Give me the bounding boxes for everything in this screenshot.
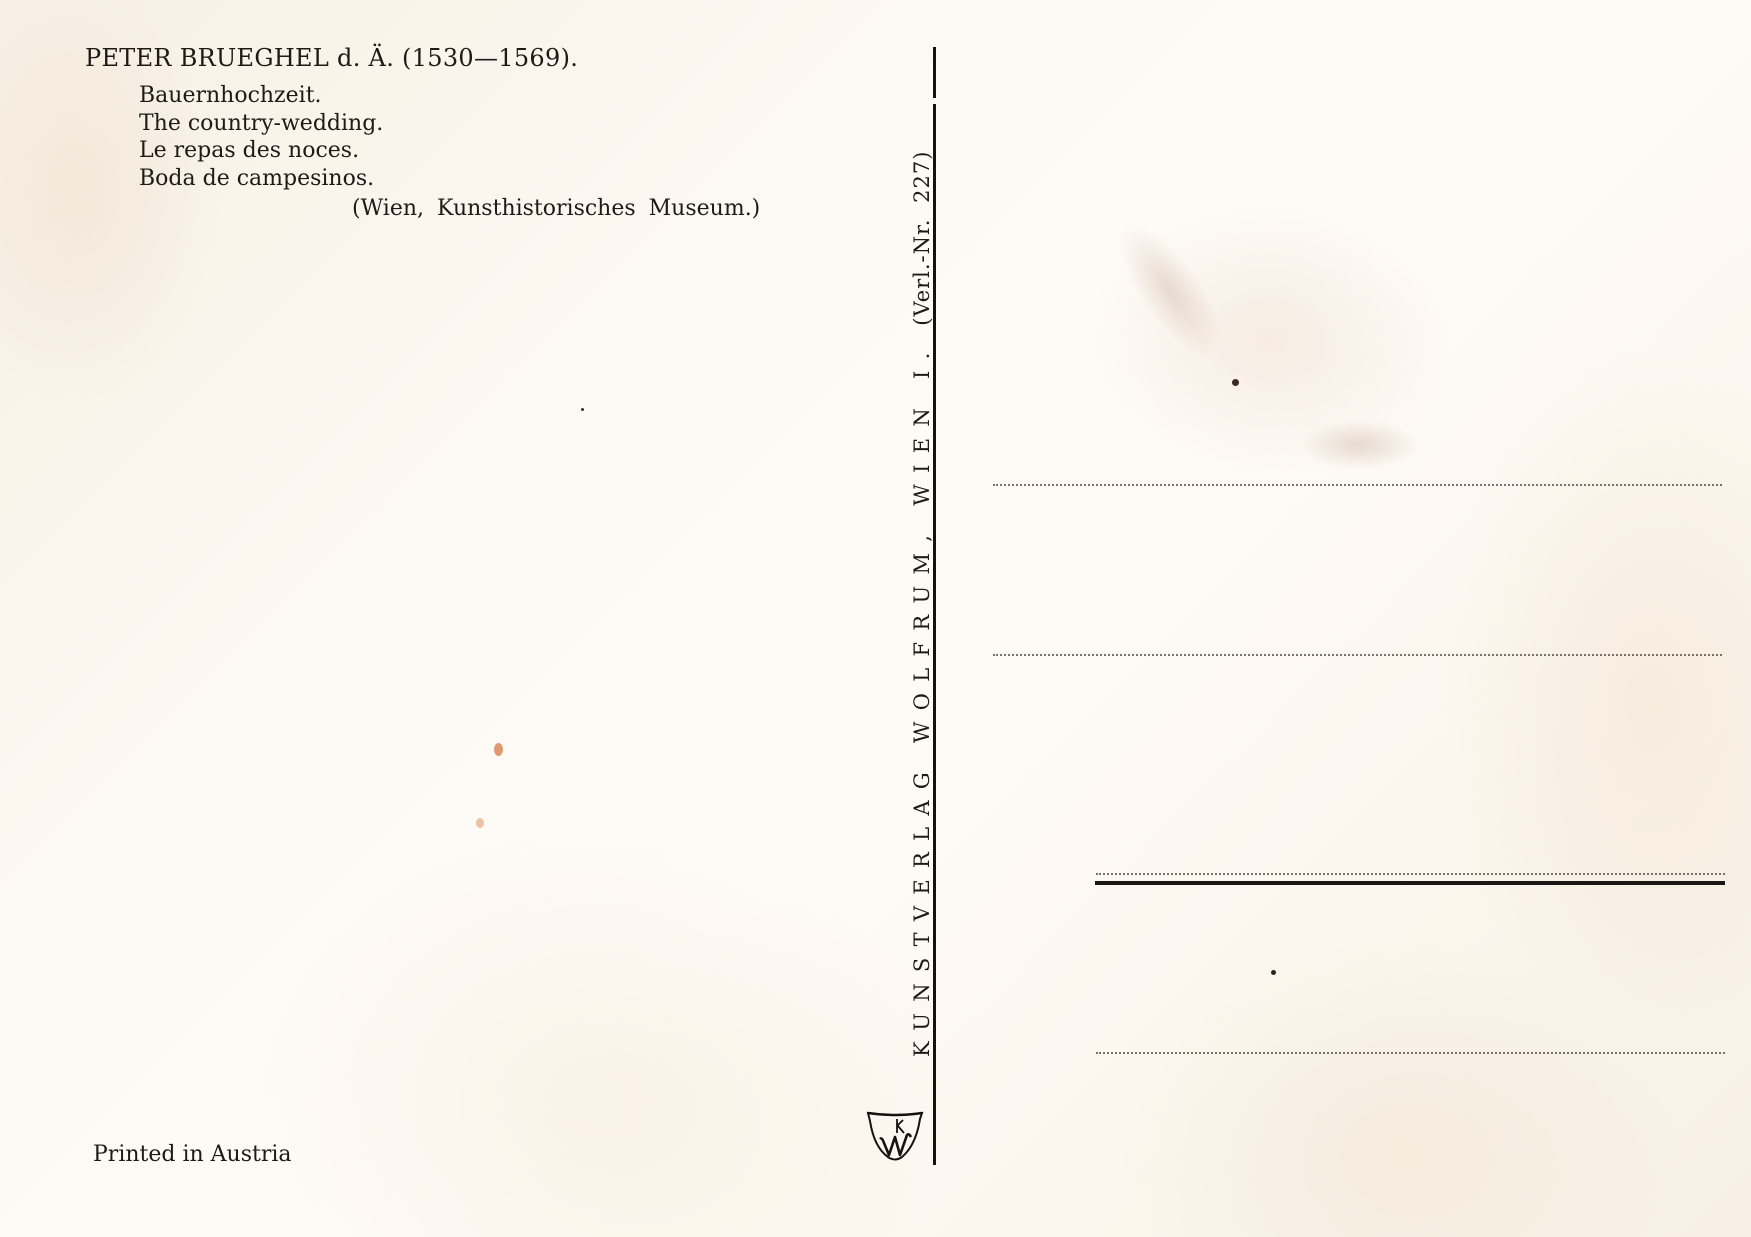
publisher-imprint: KUNSTVERLAG WOLFRUM, WIEN I. (Verl.-Nr. …: [912, 151, 933, 1057]
stain-dot: [1271, 970, 1276, 975]
stain-mark: [1100, 207, 1241, 372]
painting-title-english: The country-wedding.: [139, 110, 383, 138]
kw-shield-logo-icon: [864, 1107, 926, 1163]
stain-mark: [476, 818, 484, 828]
publisher-number: (Verl.-Nr. 227): [910, 151, 934, 342]
stain-mark: [1300, 420, 1420, 470]
publisher-name: KUNSTVERLAG WOLFRUM, WIEN I.: [910, 341, 934, 1057]
address-line-1[interactable]: [993, 484, 1722, 486]
address-line-2[interactable]: [993, 654, 1722, 656]
stain-dot: [581, 408, 584, 411]
center-divider-top: [933, 47, 936, 98]
painting-title-german: Bauernhochzeit.: [139, 82, 383, 110]
artist-title: PETER BRUEGHEL d. Ä. (1530—1569).: [85, 44, 578, 72]
address-solid-rule: [1095, 881, 1725, 885]
printed-in-note: Printed in Austria: [93, 1142, 292, 1167]
painting-title-spanish: Boda de campesinos.: [139, 165, 383, 193]
painting-titles: Bauernhochzeit. The country-wedding. Le …: [139, 82, 383, 192]
stain-dot: [1232, 379, 1239, 386]
address-line-3[interactable]: [1096, 873, 1725, 875]
collection-location: (Wien, Kunsthistorisches Museum.): [352, 196, 760, 221]
stain-mark: [494, 743, 503, 756]
painting-title-french: Le repas des noces.: [139, 137, 383, 165]
address-line-4[interactable]: [1096, 1052, 1725, 1054]
postcard-back: PETER BRUEGHEL d. Ä. (1530—1569). Bauern…: [0, 0, 1751, 1237]
